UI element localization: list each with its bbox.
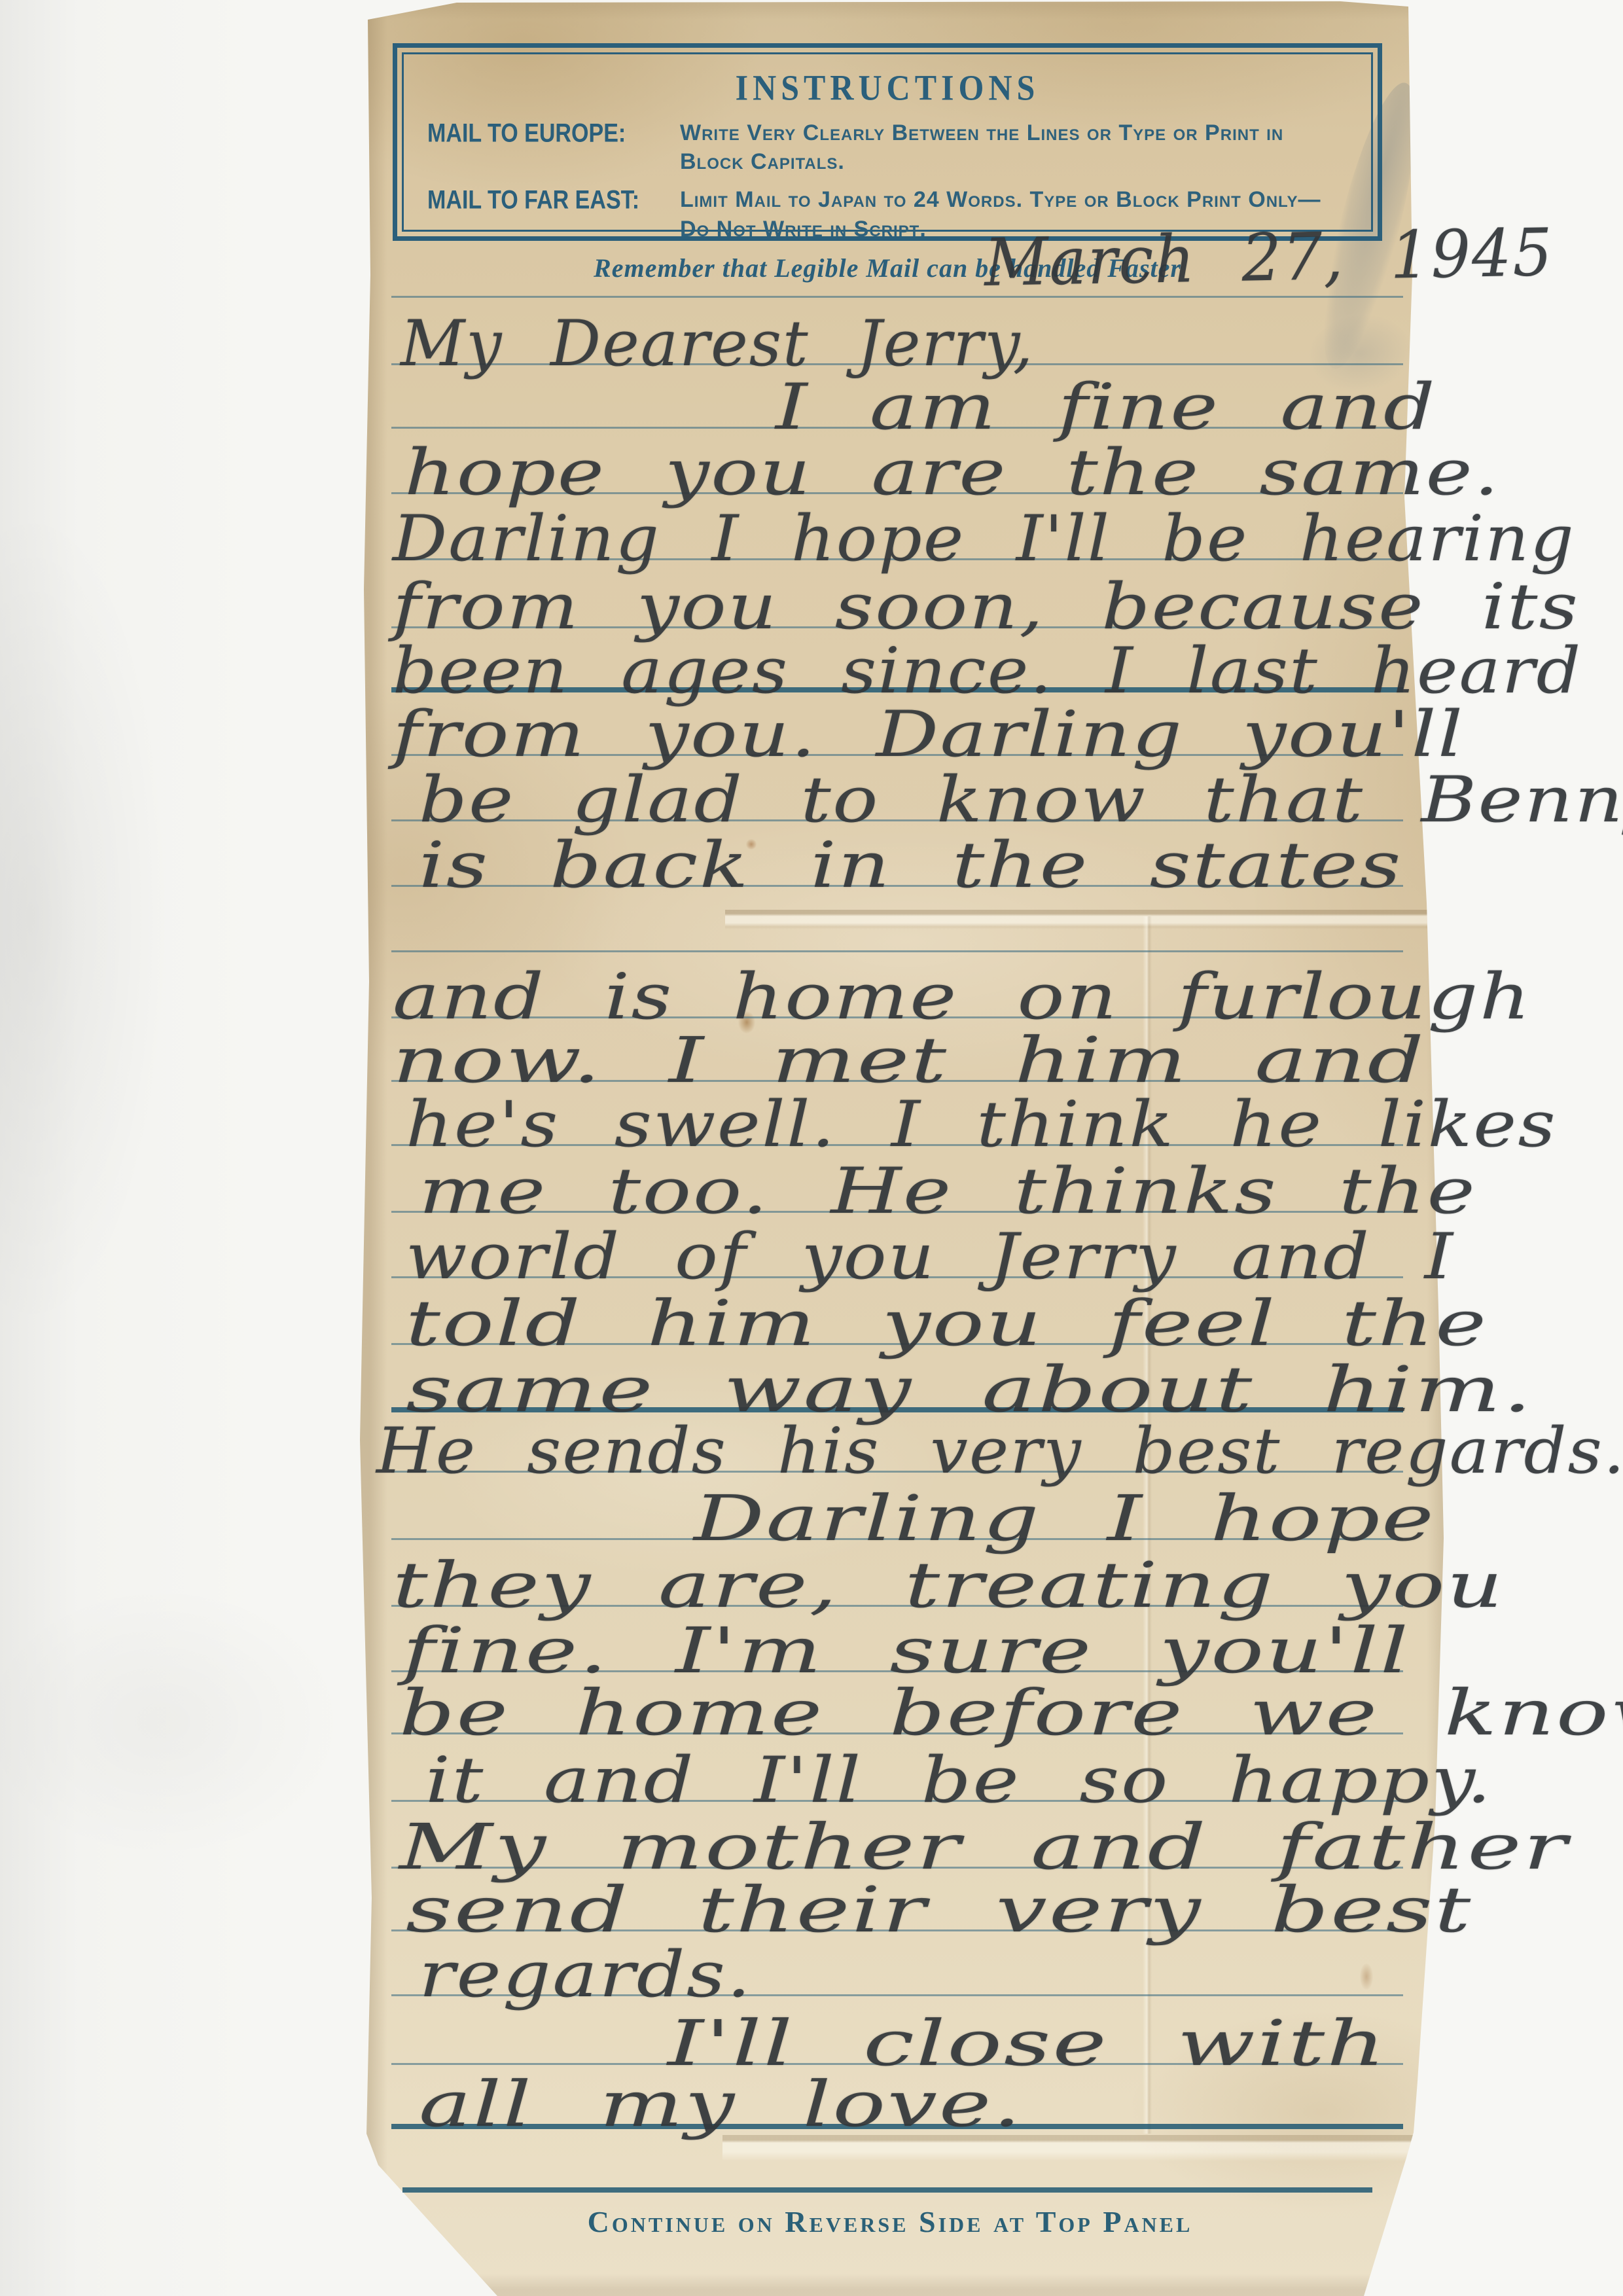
handwritten-date: March 27, 1945 xyxy=(984,220,1554,296)
handwritten-line: send their very best xyxy=(406,1878,1472,1941)
handwritten-line: world of you Jerry and I xyxy=(406,1225,1454,1288)
handwritten-line: me too. He thinks the xyxy=(419,1160,1476,1223)
handwritten-line: hope you are the same. xyxy=(404,441,1501,504)
handwritten-line: Darling I hope I'll be hearing xyxy=(393,507,1575,570)
handwritten-line: he's swell. I think he likes xyxy=(406,1093,1557,1156)
handwritten-line: regards. xyxy=(419,1943,752,2006)
handwritten-line: told him you feel the xyxy=(406,1292,1488,1355)
stain-spot xyxy=(1360,1964,1373,1990)
handwritten-line: it and I'll be so happy. xyxy=(425,1749,1493,1812)
handwritten-line: I'll close with xyxy=(668,2012,1387,2075)
handwritten-line: they are, treating you xyxy=(393,1554,1505,1617)
mail-to-europe-text: Write Very Clearly Between the Lines or … xyxy=(680,118,1347,176)
instructions-title: INSTRUCTIONS xyxy=(404,67,1371,109)
mail-to-far-east-label: MAIL TO FAR EAST: xyxy=(427,185,649,247)
ruled-line xyxy=(391,950,1403,952)
handwritten-line: now. I met him and xyxy=(393,1029,1425,1092)
handwritten-line: same way about him. xyxy=(406,1358,1533,1421)
continue-on-reverse-footer: Continue on Reverse Side at Top Panel xyxy=(406,2204,1374,2239)
instructions-inner-border: INSTRUCTIONS MAIL TO EUROPE: Write Very … xyxy=(402,52,1373,232)
handwritten-line: and is home on furlough xyxy=(393,965,1532,1028)
handwritten-line: He sends his very best regards. xyxy=(376,1420,1623,1482)
handwritten-line: be glad to know that Benny xyxy=(419,768,1623,831)
mail-to-europe-label: MAIL TO EUROPE: xyxy=(427,118,649,181)
handwritten-line: from you soon, because its xyxy=(393,575,1579,638)
handwritten-line: been ages since. I last heard xyxy=(393,639,1582,702)
handwritten-line: from you. Darling you'll xyxy=(393,703,1465,766)
handwritten-line: I am fine and xyxy=(776,376,1436,439)
instructions-row-europe: MAIL TO EUROPE: Write Very Clearly Betwe… xyxy=(427,118,1347,176)
handwritten-line: Darling I hope xyxy=(694,1487,1435,1550)
handwritten-line: My mother and father xyxy=(399,1816,1569,1878)
instructions-panel: INSTRUCTIONS MAIL TO EUROPE: Write Very … xyxy=(393,43,1382,241)
panel-divider-line xyxy=(402,2187,1372,2193)
handwritten-line: is back in the states xyxy=(419,834,1402,897)
handwritten-line: be home before we know xyxy=(399,1681,1623,1744)
handwritten-salutation: My Dearest Jerry, xyxy=(401,312,1034,375)
handwritten-closing: all my love. xyxy=(419,2073,1023,2136)
handwritten-line: fine. I'm sure you'll xyxy=(402,1619,1410,1682)
